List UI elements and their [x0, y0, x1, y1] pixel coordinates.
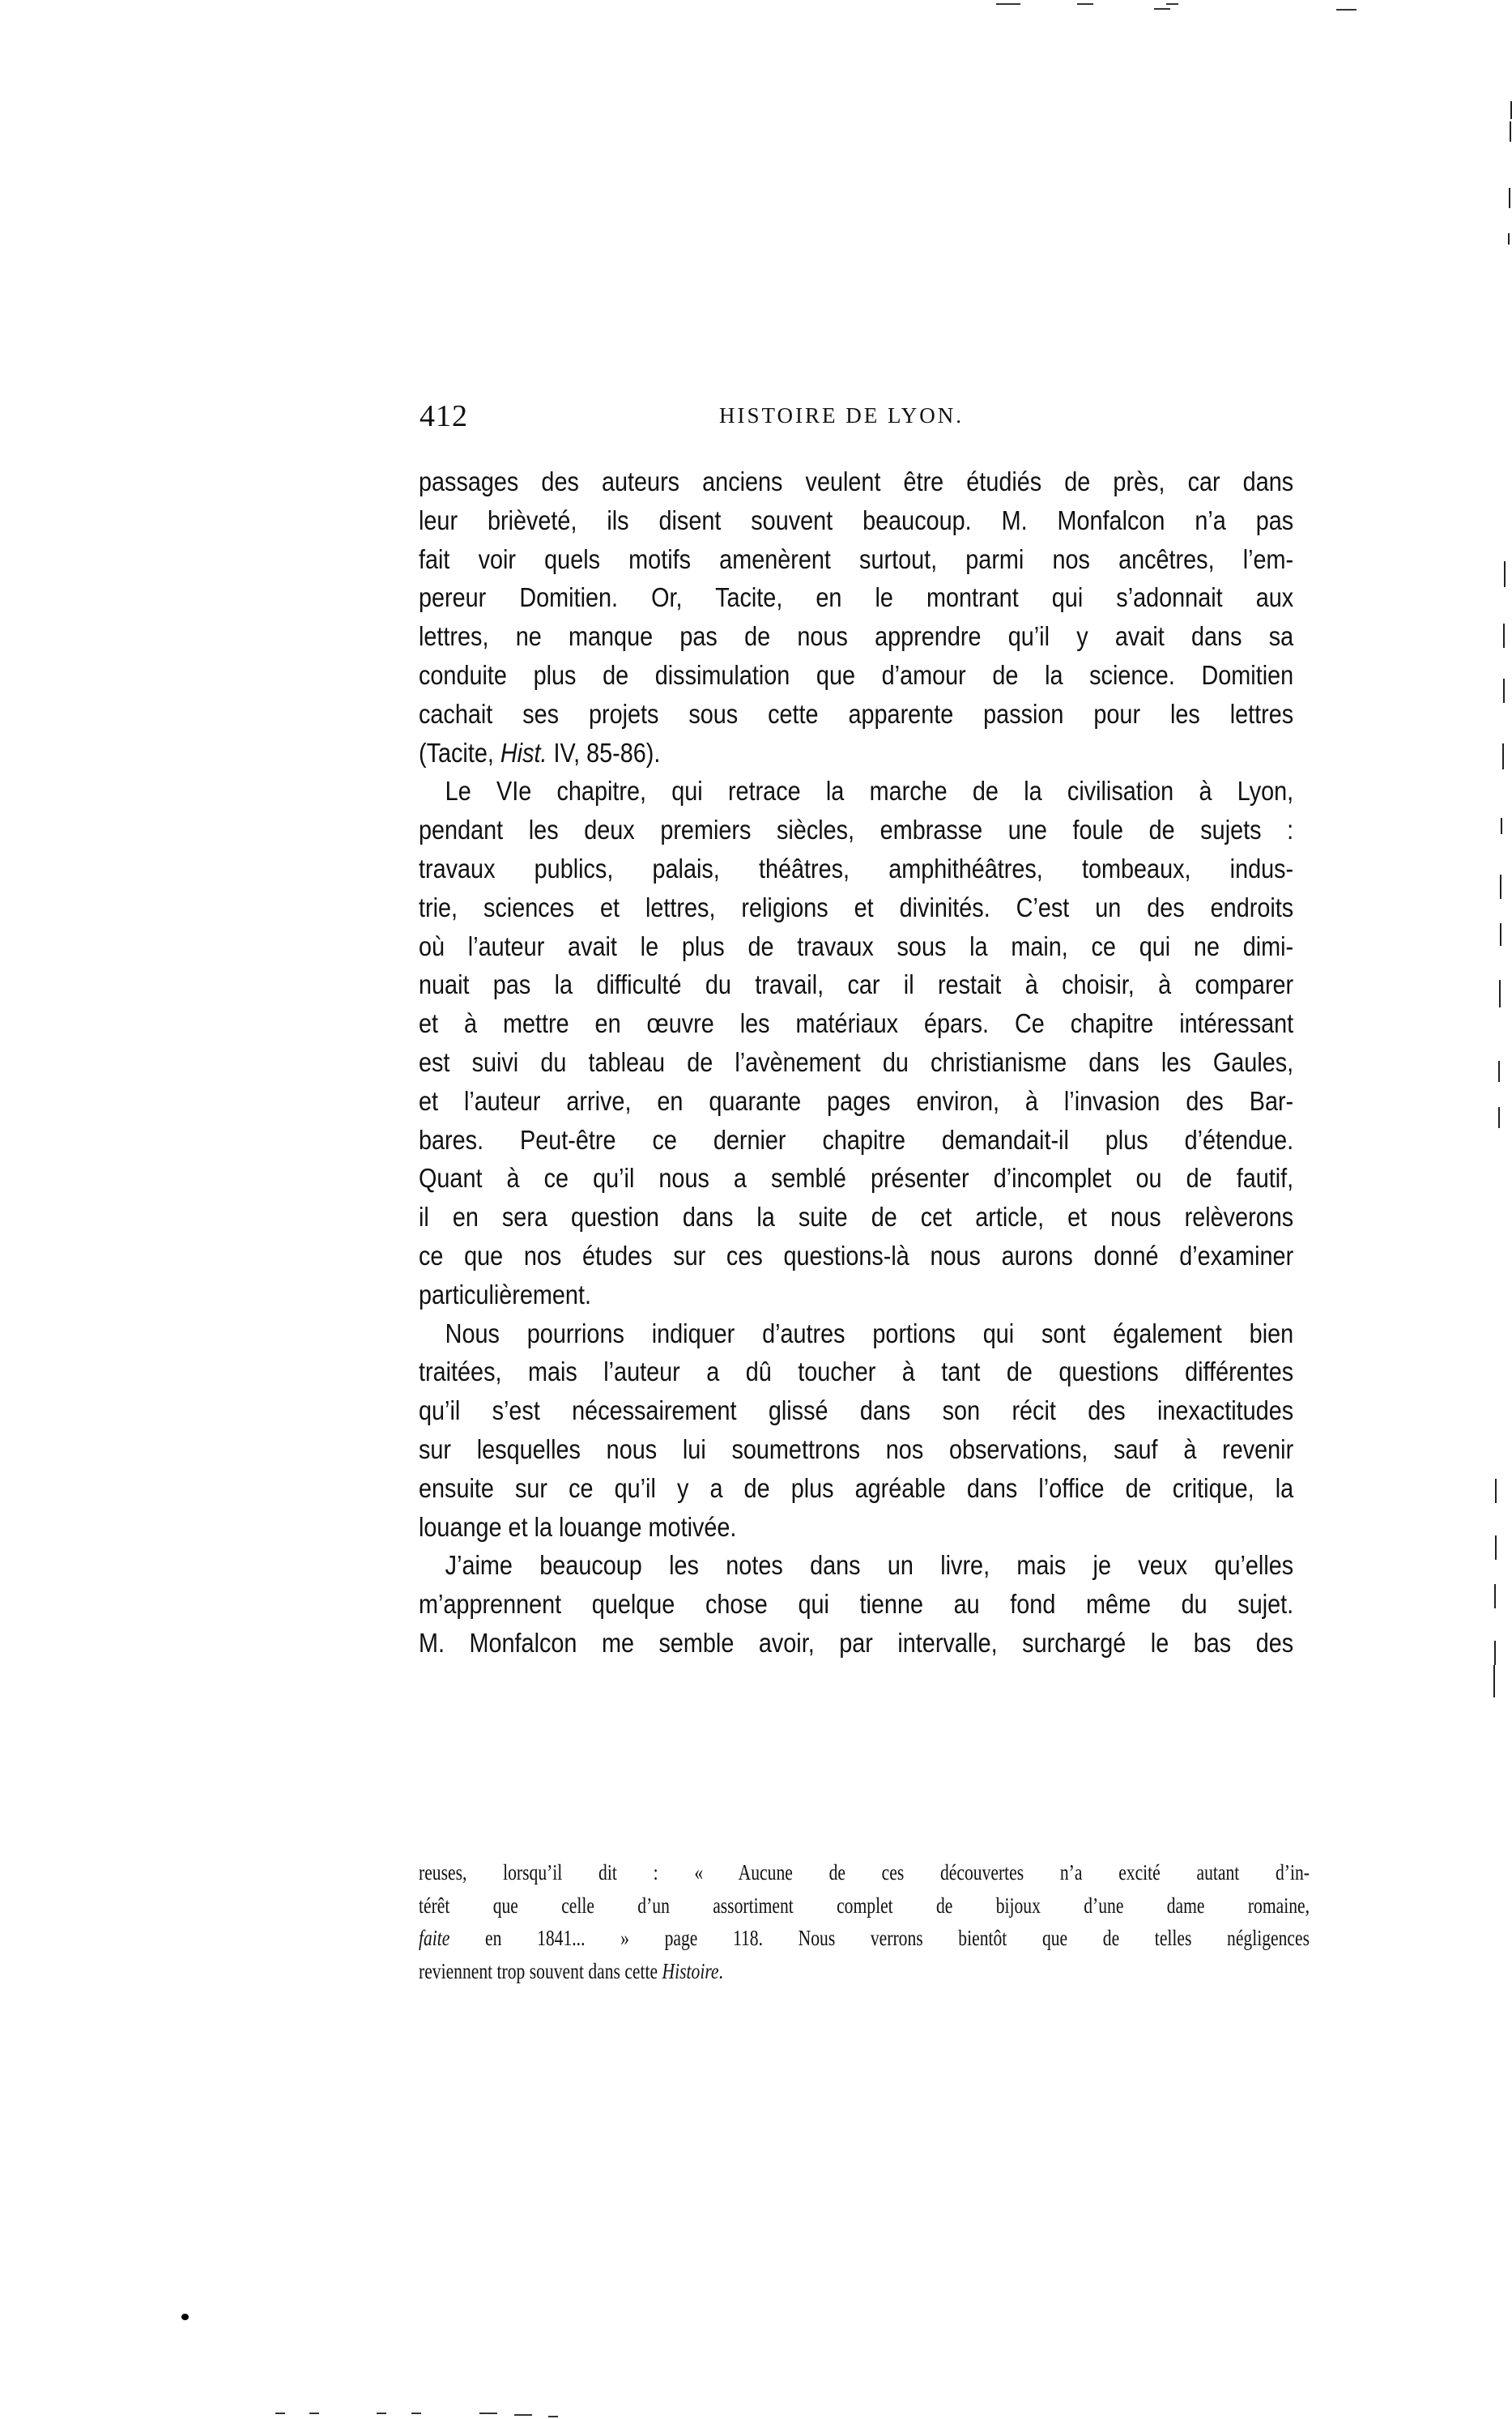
scan-margin-mark	[1495, 1479, 1497, 1503]
paragraph-start: Nous pourrions indiquer d’autres portion…	[419, 1315, 1293, 1354]
scan-top-dash	[996, 3, 1020, 5]
text-line: bares. Peut-être ce dernier chapitre dem…	[419, 1122, 1293, 1161]
scan-margin-mark	[1493, 1665, 1495, 1697]
text-line: nuait pas la difficulté du travail, car …	[419, 966, 1293, 1005]
scan-ink-dot	[181, 2314, 189, 2320]
footnote: reuses, lorsqu’il dit : « Aucune de ces …	[419, 1856, 1310, 1987]
citation-line: (Tacite, Hist. IV, 85-86).	[419, 735, 1293, 773]
text-line: sur lesquelles nous lui soumettrons nos …	[419, 1431, 1293, 1470]
page-number: 412	[420, 398, 468, 434]
text-line: est suivi du tableau de l’avènement du c…	[419, 1044, 1293, 1083]
text-line: m’apprennent quelque chose qui tienne au…	[419, 1586, 1293, 1625]
text-line: traitées, mais l’auteur a dû toucher à t…	[419, 1353, 1293, 1392]
scan-top-dash	[1154, 8, 1170, 10]
scan-bottom-dash	[377, 2413, 386, 2414]
text-line: fait voir quels motifs amenèrent surtout…	[419, 541, 1293, 580]
scan-margin-mark	[1498, 1107, 1500, 1128]
scan-bottom-dash	[411, 2413, 421, 2414]
scan-margin-mark	[1494, 1584, 1496, 1608]
footnote-line: reviennent trop souvent dans cette Histo…	[419, 1955, 1310, 1988]
text-line: ensuite sur ce qu’il y a de plus agréabl…	[419, 1470, 1293, 1509]
scan-top-dash	[1336, 9, 1357, 11]
footnote-text: en 1841... » page 118. Nous verrons bien…	[449, 1926, 1310, 1950]
scan-bottom-dash	[479, 2413, 497, 2414]
text-line: passages des auteurs anciens veulent êtr…	[419, 463, 1293, 502]
text-line: trie, sciences et lettres, religions et …	[419, 889, 1293, 928]
paragraph-start: J’aime beaucoup les notes dans un livre,…	[419, 1547, 1293, 1586]
footnote-line: faite en 1841... » page 118. Nous verron…	[419, 1922, 1310, 1955]
text-line: M. Monfalcon me semble avoir, par interv…	[419, 1625, 1293, 1663]
footnote-text: .	[719, 1959, 723, 1983]
scan-margin-mark	[1508, 233, 1510, 245]
text-line: où l’auteur avait le plus de travaux sou…	[419, 928, 1293, 967]
paragraph-start: Le VIe chapitre, qui retrace la marche d…	[419, 773, 1293, 811]
text-line: conduite plus de dissimulation que d’amo…	[419, 657, 1293, 696]
citation-suffix: IV, 85-86).	[547, 739, 660, 769]
text-line: Quant à ce qu’il nous a semblé présenter…	[419, 1160, 1293, 1199]
text-line: ce que nos études sur ces questions-là n…	[419, 1237, 1293, 1276]
footnote-line: térêt que celle d’un assortiment complet…	[419, 1889, 1310, 1923]
scan-margin-mark	[1499, 980, 1501, 1007]
text-line: pereur Domitien. Or, Tacite, en le montr…	[419, 579, 1293, 618]
text-line: et l’auteur arrive, en quarante pages en…	[419, 1083, 1293, 1122]
text-line: et à mettre en œuvre les matériaux épars…	[419, 1005, 1293, 1044]
scan-margin-mark	[1509, 188, 1510, 208]
text-line: il en sera question dans la suite de cet…	[419, 1199, 1293, 1237]
scan-margin-mark	[1503, 624, 1505, 648]
footnote-text: reviennent trop souvent dans cette	[419, 1959, 662, 1983]
scan-top-dash	[1077, 3, 1093, 5]
scan-margin-mark	[1504, 561, 1506, 587]
running-head: HISTOIRE DE LYON.	[719, 403, 964, 428]
scan-margin-mark	[1498, 1061, 1500, 1082]
text-line: louange et la louange motivée.	[419, 1509, 1293, 1548]
scan-bottom-dash	[514, 2414, 532, 2416]
scan-top-dash	[1166, 3, 1178, 5]
scan-margin-mark	[1503, 679, 1505, 703]
citation-prefix: (Tacite,	[419, 739, 500, 769]
footnote-line: reuses, lorsqu’il dit : « Aucune de ces …	[419, 1856, 1310, 1889]
text-line: lettres, ne manque pas de nous apprendre…	[419, 618, 1293, 657]
footnote-italic: Histoire	[662, 1959, 719, 1983]
page-header: 412 HISTOIRE DE LYON.	[420, 398, 1294, 431]
scan-margin-mark	[1501, 818, 1502, 834]
text-line: cachait ses projets sous cette apparente…	[419, 696, 1293, 735]
scan-margin-mark	[1502, 743, 1504, 769]
text-line: qu’il s’est nécessairement glissé dans s…	[419, 1392, 1293, 1431]
scan-margin-mark	[1510, 121, 1511, 142]
text-line: particulièrement.	[419, 1276, 1293, 1315]
scan-margin-mark	[1494, 1641, 1496, 1665]
text-line: travaux publics, palais, théâtres, amphi…	[419, 850, 1293, 889]
scan-margin-mark	[1495, 1535, 1497, 1560]
text-line: pendant les deux premiers siècles, embra…	[419, 811, 1293, 850]
scan-margin-mark	[1500, 875, 1501, 899]
footnote-italic: faite	[419, 1926, 449, 1950]
citation-work: Hist.	[500, 739, 547, 769]
scan-margin-mark	[1500, 923, 1501, 946]
body-text: passages des auteurs anciens veulent êtr…	[419, 463, 1293, 1663]
scan-bottom-dash	[548, 2416, 558, 2417]
scan-bottom-dash	[309, 2413, 319, 2414]
text-line: leur brièveté, ils disent souvent beauco…	[419, 502, 1293, 541]
scan-bottom-dash	[275, 2413, 285, 2414]
